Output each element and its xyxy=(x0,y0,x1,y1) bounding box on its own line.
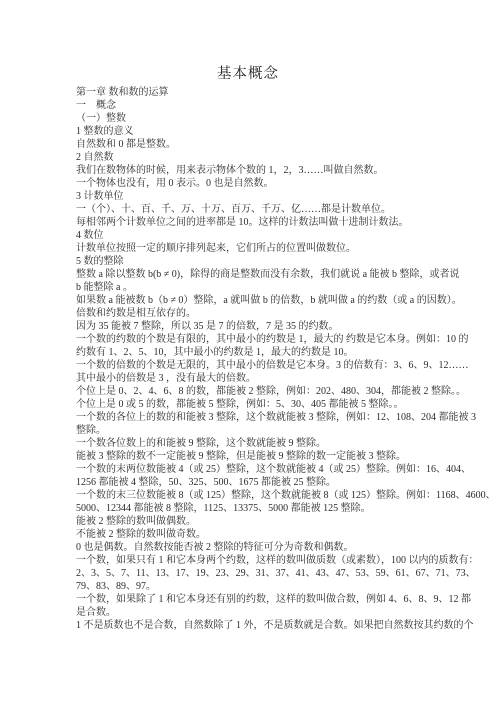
text-line: 整除。 xyxy=(76,424,432,437)
text-line: 一个数的末三位数能被 8（或 125）整除，这个数就能被 8（或 125）整除。… xyxy=(76,489,432,502)
text-line: 2 自然数 xyxy=(76,151,432,164)
text-line: 能被 2 整除的数叫做偶数。 xyxy=(76,515,432,528)
text-line: 约数有 1、2、5、10，其中最小的约数是 1，最大的约数是 10。 xyxy=(76,346,432,359)
text-line: 一个数各位数上的和能被 9 整除，这个数就能被 9 整除。 xyxy=(76,437,432,450)
text-line: 如果数 a 能被数 b（b ≠ 0）整除，a 就叫做 b 的倍数，b 就叫做 a… xyxy=(76,294,432,307)
text-line: 一个物体也没有，用 0 表示。0 也是自然数。 xyxy=(76,177,432,190)
text-line: 4 数位 xyxy=(76,229,432,242)
document-title: 基本概念 xyxy=(0,62,496,83)
text-line: 计数单位按照一定的顺序排列起来，它们所占的位置叫做数位。 xyxy=(76,242,432,255)
text-line: 自然数和 0 都是整数。 xyxy=(76,138,432,151)
text-line: 1256 都能被 4 整除，50、325、500、1675 都能被 25 整除。 xyxy=(76,476,432,489)
text-line: 3 计数单位 xyxy=(76,190,432,203)
text-line: 是合数。 xyxy=(76,606,432,619)
text-line: 5000、12344 都能被 8 整除，1125、13375、5000 都能被 … xyxy=(76,502,432,515)
text-line: b 能整除 a 。 xyxy=(76,281,432,294)
text-line: 一个数的末两位数能被 4（或 25）整除，这个数就能被 4（或 25）整除。例如… xyxy=(76,463,432,476)
text-line: 0 也是偶数。自然数按能否被 2 整除的特征可分为奇数和偶数。 xyxy=(76,541,432,554)
text-line: 一个数的约数的个数是有限的，其中最小的约数是 1，最大的 约数是它本身。例如：1… xyxy=(76,333,432,346)
text-line: 一（个）、十、百、千、万、十万、百万、千万、亿……都是计数单位。 xyxy=(76,203,432,216)
text-line: 其中最小的倍数是 3 ，没有最大的倍数。 xyxy=(76,372,432,385)
text-line: 1 不是质数也不是合数，自然数除了 1 外，不是质数就是合数。如果把自然数按其约… xyxy=(76,619,432,632)
text-line: 一个数的倍数的个数是无限的，其中最小的倍数是它本身。3 的倍数有：3、6、9、1… xyxy=(76,359,432,372)
text-line: 1 整数的意义 xyxy=(76,125,432,138)
text-line: 每相邻两个计数单位之间的进率都是 10。这样的计数法叫做十进制计数法。 xyxy=(76,216,432,229)
text-line: 一个数，如果除了 1 和它本身还有别的约数，这样的数叫做合数，例如 4、6、8、… xyxy=(76,593,432,606)
text-line: 能被 3 整除的数不一定能被 9 整除，但是能被 9 整除的数一定能被 3 整除… xyxy=(76,450,432,463)
document-body: 第一章 数和数的运算一 概念（一）整数1 整数的意义自然数和 0 都是整数。2 … xyxy=(76,86,432,632)
text-line: 我们在数物体的时候，用来表示物体个数的 1，2，3……叫做自然数。 xyxy=(76,164,432,177)
text-line: 5 数的整除 xyxy=(76,255,432,268)
text-line: 个位上是 0、2、4、6、8 的数，都能被 2 整除，例如：202、480、30… xyxy=(76,385,432,398)
text-line: 倍数和约数是相互依存的。 xyxy=(76,307,432,320)
text-line: 一个数，如果只有 1 和它本身两个约数，这样的数叫做质数（或素数），100 以内… xyxy=(76,554,432,567)
text-line: 一个数的各位上的数的和能被 3 整除，这个数就能被 3 整除，例如：12、108… xyxy=(76,411,432,424)
text-line: 2、3、5、7、11、13、17、19、23、29、31、37、41、43、47… xyxy=(76,567,432,580)
text-line: 因为 35 能被 7 整除，所以 35 是 7 的倍数，7 是 35 的约数。 xyxy=(76,320,432,333)
text-line: 一 概念 xyxy=(76,99,432,112)
text-line: 79、83、89、97。 xyxy=(76,580,432,593)
text-line: 不能被 2 整除的数叫做奇数。 xyxy=(76,528,432,541)
text-line: 个位上是 0 或 5 的数，都能被 5 整除，例如：5、30、405 都能被 5… xyxy=(76,398,432,411)
text-line: （一）整数 xyxy=(76,112,432,125)
text-line: 整数 a 除以整数 b(b ≠ 0)，除得的商是整数而没有余数，我们就说 a 能… xyxy=(76,268,432,281)
document-page: 基本概念 第一章 数和数的运算一 概念（一）整数1 整数的意义自然数和 0 都是… xyxy=(0,0,496,702)
text-line: 第一章 数和数的运算 xyxy=(76,86,432,99)
